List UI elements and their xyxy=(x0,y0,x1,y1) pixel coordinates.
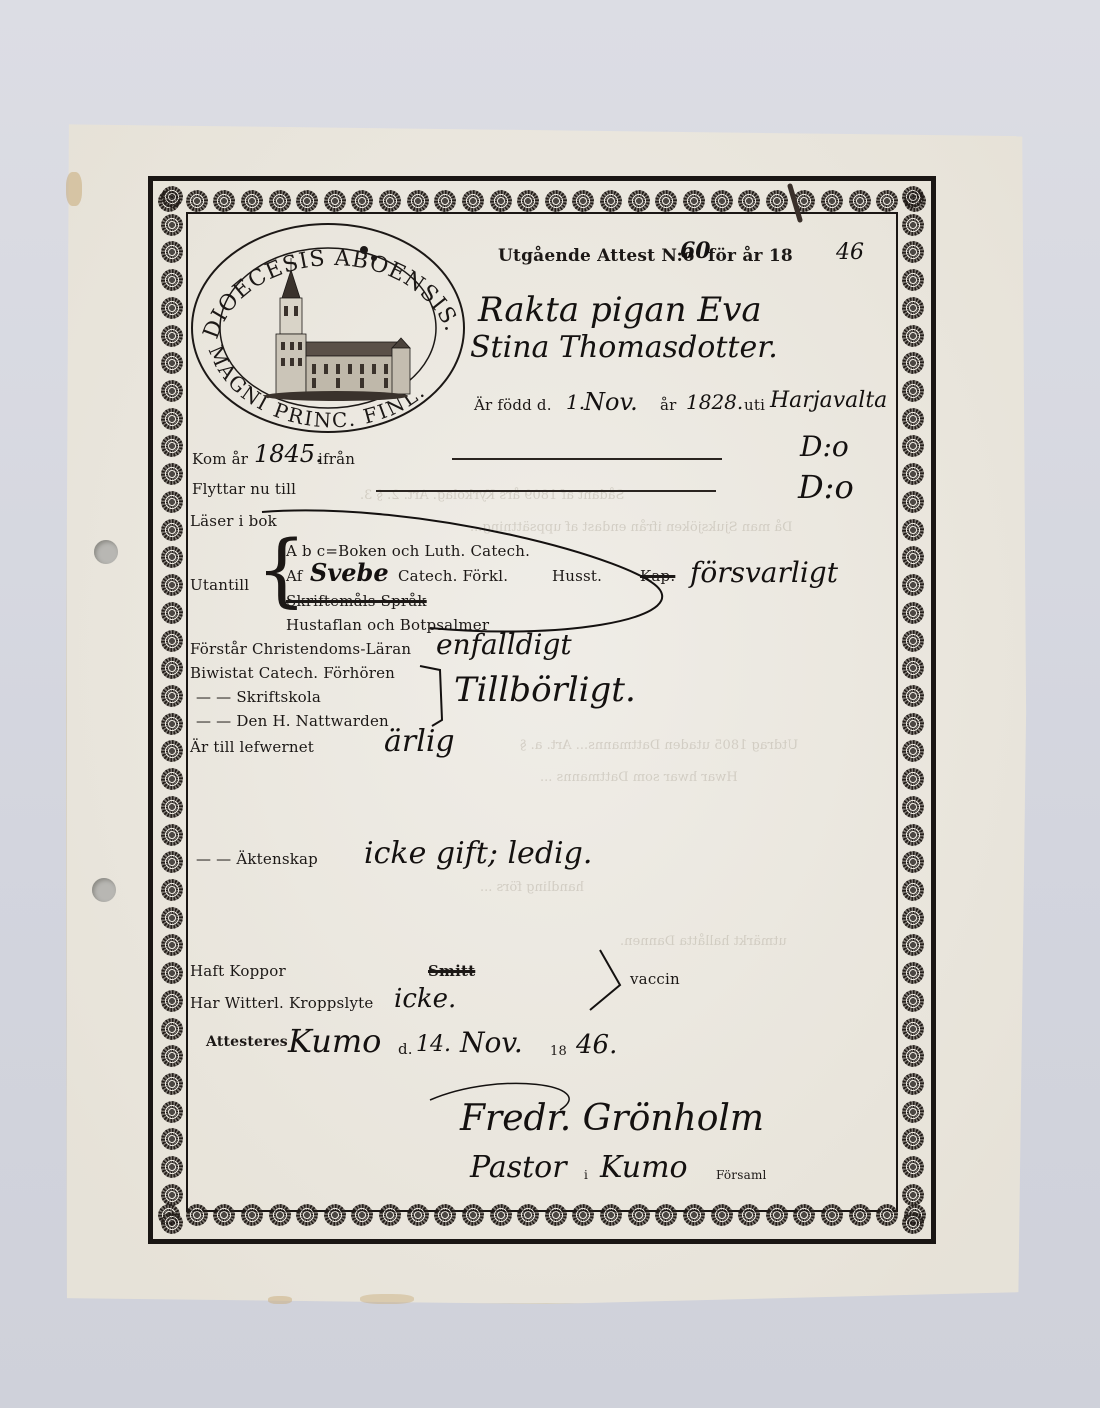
rosette-ornament-icon xyxy=(902,491,924,513)
rosette-ornament-icon xyxy=(628,190,650,212)
attest-year-printed: 18 xyxy=(550,1044,567,1059)
forstar-value: enfalldigt xyxy=(436,628,572,661)
rosette-ornament-icon xyxy=(545,1204,567,1226)
rosette-ornament-icon xyxy=(241,1204,263,1226)
rosette-ornament-icon xyxy=(161,990,183,1012)
skriftskola-label: — — Skriftskola xyxy=(196,688,321,706)
attest-year-label: för år 18 xyxy=(708,246,793,266)
rosette-ornament-icon xyxy=(902,408,924,430)
rosette-ornament-icon xyxy=(572,1204,594,1226)
rosette-ornament-icon xyxy=(902,685,924,707)
edge-stain xyxy=(268,1296,292,1304)
kroppslyte-label: Har Witterl. Kroppslyte xyxy=(190,994,373,1012)
rosette-ornament-icon xyxy=(161,1212,183,1234)
water-stain xyxy=(66,172,82,206)
rosette-ornament-icon xyxy=(161,1073,183,1095)
rosette-ornament-icon xyxy=(545,190,567,212)
flyttar-label: Flyttar nu till xyxy=(192,480,296,498)
flyttar-value: D:o xyxy=(798,468,854,506)
rosette-ornament-icon xyxy=(241,190,263,212)
utantill-item-struck: Skriftemåls Språk xyxy=(286,592,427,610)
rosette-ornament-icon xyxy=(902,186,924,208)
rosette-ornament-icon xyxy=(161,934,183,956)
rosette-ornament-icon xyxy=(517,1204,539,1226)
rosette-ornament-icon xyxy=(902,269,924,291)
rosette-ornament-icon xyxy=(161,546,183,568)
rosette-ornament-icon xyxy=(902,657,924,679)
person-name-line1: Rakta pigan Eva xyxy=(478,290,762,330)
rosette-ornament-icon xyxy=(351,190,373,212)
rosette-ornament-icon xyxy=(600,1204,622,1226)
rosette-ornament-icon xyxy=(600,190,622,212)
aktenskap-label: — — Äktenskap xyxy=(196,850,318,868)
rosette-row-top xyxy=(158,186,926,216)
rosette-ornament-icon xyxy=(902,352,924,374)
birth-month: Nov. xyxy=(584,388,638,416)
forsaml-label: Församl xyxy=(716,1168,767,1182)
rosette-ornament-icon xyxy=(161,962,183,984)
nattwarden-label: — — Den H. Nattwarden xyxy=(196,712,389,730)
rosette-ornament-icon xyxy=(161,352,183,374)
rosette-ornament-icon xyxy=(628,1204,650,1226)
rosette-ornament-icon xyxy=(269,1204,291,1226)
attest-year: 46 xyxy=(836,240,864,265)
rosette-ornament-icon xyxy=(379,190,401,212)
rosette-ornament-icon xyxy=(902,630,924,652)
rosette-ornament-icon xyxy=(902,297,924,319)
attest-day: 14. xyxy=(416,1032,451,1057)
rosette-ornament-icon xyxy=(161,685,183,707)
attest-title: Utgående Attest N:o xyxy=(498,246,694,266)
kom-ar-label: Kom år xyxy=(192,450,248,468)
rosette-ornament-icon xyxy=(876,1204,898,1226)
rosette-ornament-icon xyxy=(161,824,183,846)
rosette-ornament-icon xyxy=(902,796,924,818)
rosette-ornament-icon xyxy=(766,1204,788,1226)
signature-title: Pastor xyxy=(470,1150,567,1185)
aktenskap-value: icke gift; ledig. xyxy=(364,836,592,871)
attest-day-label: d. xyxy=(398,1040,413,1058)
rosette-ornament-icon xyxy=(213,1204,235,1226)
rosette-ornament-icon xyxy=(161,630,183,652)
biwistat-value: Tillbörligt. xyxy=(454,670,636,710)
rosette-ornament-icon xyxy=(902,934,924,956)
birth-place: Harjavalta xyxy=(770,388,887,413)
utantill-label: Utantill xyxy=(190,576,249,594)
lefwernet-value: ärlig xyxy=(384,724,455,759)
attest-month: Nov. xyxy=(460,1026,523,1059)
rosette-ornament-icon xyxy=(683,1204,705,1226)
utantill-value: försvarligt xyxy=(690,556,838,589)
rosette-ornament-icon xyxy=(902,1101,924,1123)
rosette-ornament-icon xyxy=(296,190,318,212)
rosette-ornament-icon xyxy=(161,1018,183,1040)
koppor-vaccin: vaccin xyxy=(630,970,680,988)
rosette-ornament-icon xyxy=(161,1128,183,1150)
attest-year: 46. xyxy=(576,1030,617,1060)
rosette-ornament-icon xyxy=(902,824,924,846)
rosette-ornament-icon xyxy=(161,574,183,596)
rosette-ornament-icon xyxy=(161,380,183,402)
attest-label: Attesteres xyxy=(206,1034,288,1050)
rosette-ornament-icon xyxy=(902,990,924,1012)
kom-ar-year: 1845. xyxy=(254,440,323,468)
rosette-ornament-icon xyxy=(161,408,183,430)
lefwernet-label: Är till lefwernet xyxy=(190,738,314,756)
attest-place: Kumo xyxy=(288,1022,381,1060)
rosette-ornament-icon xyxy=(902,962,924,984)
rosette-ornament-icon xyxy=(161,657,183,679)
birth-year-label: år xyxy=(660,396,677,414)
rosette-ornament-icon xyxy=(490,190,512,212)
husst-label: Husst. xyxy=(552,567,602,585)
person-name-line2: Stina Thomasdotter. xyxy=(470,330,778,365)
rosette-ornament-icon xyxy=(161,269,183,291)
rosette-ornament-icon xyxy=(161,768,183,790)
rosette-ornament-icon xyxy=(572,190,594,212)
rosette-ornament-icon xyxy=(902,602,924,624)
rosette-ornament-icon xyxy=(161,796,183,818)
rosette-ornament-icon xyxy=(161,519,183,541)
rosette-ornament-icon xyxy=(655,1204,677,1226)
koppor-smitt-struck: Smitt xyxy=(428,962,475,980)
rosette-ornament-icon xyxy=(161,463,183,485)
rosette-ornament-icon xyxy=(434,1204,456,1226)
fill-line xyxy=(452,458,722,460)
kroppslyte-value: icke. xyxy=(394,984,456,1014)
rosette-ornament-icon xyxy=(324,190,346,212)
punch-hole xyxy=(94,540,118,564)
rosette-ornament-icon xyxy=(161,851,183,873)
rosette-ornament-icon xyxy=(902,546,924,568)
bleed-through-text: Hwar hwar som Dattmanns ... xyxy=(540,770,738,785)
rosette-ornament-icon xyxy=(161,740,183,762)
rosette-ornament-icon xyxy=(902,740,924,762)
rosette-ornament-icon xyxy=(821,190,843,212)
rosette-ornament-icon xyxy=(902,574,924,596)
attest-number: 60 xyxy=(680,238,711,264)
rosette-ornament-icon xyxy=(379,1204,401,1226)
rosette-ornament-icon xyxy=(902,907,924,929)
birth-day: 1. xyxy=(566,390,585,414)
rosette-ornament-icon xyxy=(655,190,677,212)
rosette-ornament-icon xyxy=(711,190,733,212)
birth-label: Är född d. xyxy=(474,396,552,414)
rosette-ornament-icon xyxy=(902,851,924,873)
rosette-ornament-icon xyxy=(161,435,183,457)
rosette-ornament-icon xyxy=(902,1212,924,1234)
rosette-ornament-icon xyxy=(186,1204,208,1226)
rosette-ornament-icon xyxy=(902,435,924,457)
rosette-ornament-icon xyxy=(296,1204,318,1226)
rosette-ornament-icon xyxy=(766,190,788,212)
rosette-ornament-icon xyxy=(683,190,705,212)
rosette-ornament-icon xyxy=(849,1204,871,1226)
birth-year: 1828. xyxy=(686,390,743,414)
utantill-af-value: Svebe xyxy=(310,558,389,587)
svg-text:DIOECESIS ABOENSIS.: DIOECESIS ABOENSIS. xyxy=(199,246,465,342)
rosette-ornament-icon xyxy=(902,1156,924,1178)
edge-stain xyxy=(360,1294,414,1304)
koppor-label: Haft Koppor xyxy=(190,962,286,980)
signature-parish: Kumo xyxy=(600,1150,688,1185)
rosette-ornament-icon xyxy=(161,1156,183,1178)
rosette-ornament-icon xyxy=(407,190,429,212)
signature-name: Fredr. Grönholm xyxy=(460,1098,764,1139)
rosette-ornament-icon xyxy=(902,768,924,790)
rosette-ornament-icon xyxy=(269,190,291,212)
rosette-ornament-icon xyxy=(161,713,183,735)
utantill-item: Af xyxy=(286,567,303,585)
diocese-seal: DIOECESIS ABOENSIS. MAGNI PRINC. FINL. xyxy=(186,218,470,436)
rosette-ornament-icon xyxy=(351,1204,373,1226)
rosette-ornament-icon xyxy=(161,907,183,929)
rosette-ornament-icon xyxy=(876,190,898,212)
rosette-ornament-icon xyxy=(213,190,235,212)
kom-ifran-label: ifrån xyxy=(318,450,355,468)
rosette-ornament-icon xyxy=(902,241,924,263)
rosette-ornament-icon xyxy=(902,519,924,541)
rosette-col-right xyxy=(898,186,928,1234)
rosette-ornament-icon xyxy=(161,325,183,347)
rosette-ornament-icon xyxy=(161,186,183,208)
bleed-through-text: Då man Sjuksjöken ifrån endast af uppsät… xyxy=(470,520,793,535)
rosette-ornament-icon xyxy=(793,1204,815,1226)
rosette-ornament-icon xyxy=(161,1045,183,1067)
rosette-ornament-icon xyxy=(462,190,484,212)
rosette-ornament-icon xyxy=(738,1204,760,1226)
rosette-ornament-icon xyxy=(186,190,208,212)
rosette-ornament-icon xyxy=(490,1204,512,1226)
biwistat-label: Biwistat Catech. Förhören xyxy=(190,664,395,682)
utantill-item: Catech. Förkl. xyxy=(398,567,508,585)
rosette-ornament-icon xyxy=(793,190,815,212)
birth-place-label: uti xyxy=(744,396,765,414)
rosette-ornament-icon xyxy=(902,325,924,347)
rosette-ornament-icon xyxy=(161,1184,183,1206)
rosette-ornament-icon xyxy=(517,190,539,212)
kap-label: Kap. xyxy=(640,567,675,585)
punch-hole xyxy=(92,878,116,902)
rosette-ornament-icon xyxy=(821,1204,843,1226)
rosette-ornament-icon xyxy=(161,1101,183,1123)
rosette-ornament-icon xyxy=(161,879,183,901)
rosette-ornament-icon xyxy=(902,1073,924,1095)
rosette-ornament-icon xyxy=(462,1204,484,1226)
rosette-ornament-icon xyxy=(407,1204,429,1226)
rosette-ornament-icon xyxy=(902,1045,924,1067)
kom-ifran-value: D:o xyxy=(800,430,849,463)
rosette-ornament-icon xyxy=(711,1204,733,1226)
bleed-through-text: utmärkt hallåtta Dannen. xyxy=(620,934,787,949)
rosette-ornament-icon xyxy=(434,190,456,212)
forstar-label: Förstår Christendoms-Läran xyxy=(190,640,411,658)
rosette-ornament-icon xyxy=(849,190,871,212)
rosette-ornament-icon xyxy=(902,214,924,236)
rosette-row-bottom xyxy=(158,1200,926,1230)
rosette-ornament-icon xyxy=(902,879,924,901)
bleed-through-text: Utdrag 1805 utaden Dattmanns... Art. a. … xyxy=(520,738,798,753)
rosette-ornament-icon xyxy=(161,241,183,263)
rosette-col-left xyxy=(157,186,187,1234)
bleed-through-text: handling förs ... xyxy=(480,880,584,895)
signature-i-label: i xyxy=(584,1168,588,1182)
rosette-ornament-icon xyxy=(902,1128,924,1150)
rosette-ornament-icon xyxy=(161,491,183,513)
fill-line xyxy=(376,490,716,492)
rosette-ornament-icon xyxy=(902,380,924,402)
rosette-ornament-icon xyxy=(902,713,924,735)
rosette-ornament-icon xyxy=(161,297,183,319)
rosette-ornament-icon xyxy=(902,1018,924,1040)
rosette-ornament-icon xyxy=(324,1204,346,1226)
rosette-ornament-icon xyxy=(902,1184,924,1206)
rosette-ornament-icon xyxy=(161,214,183,236)
rosette-ornament-icon xyxy=(161,602,183,624)
rosette-ornament-icon xyxy=(738,190,760,212)
rosette-ornament-icon xyxy=(902,463,924,485)
